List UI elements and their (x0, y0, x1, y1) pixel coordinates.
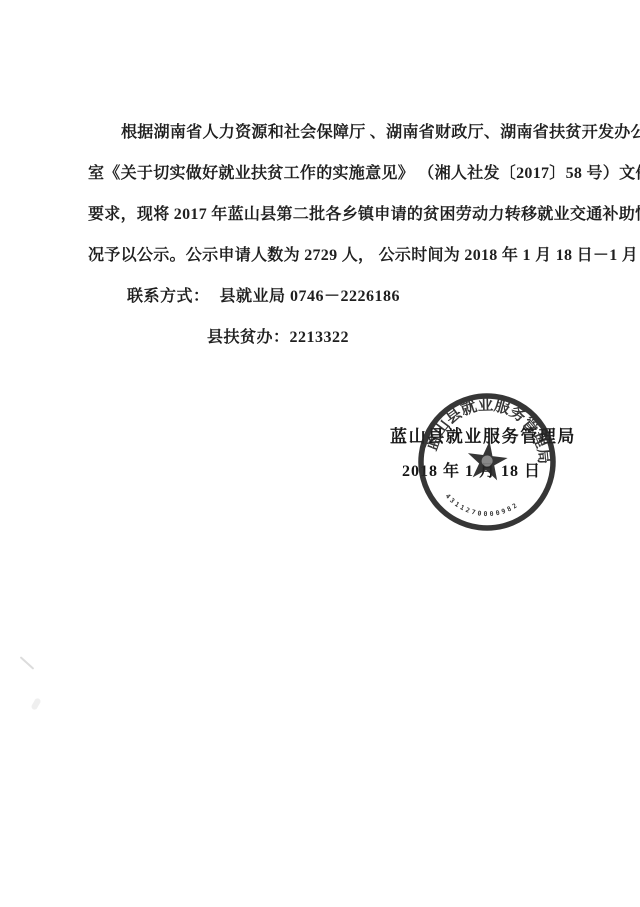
employment-bureau-phone: 县就业局 0746－2226186 (220, 288, 401, 305)
contact-label: 联系方式： (127, 288, 210, 305)
scan-artifact-smudge (30, 697, 41, 710)
paragraph-line-4: 况予以公示。公示申请人数为 2729 人， 公示时间为 2018 年 1 月 1… (88, 235, 552, 276)
scan-artifact-line (20, 656, 35, 670)
paragraph-line-3: 要求，现将 2017 年蓝山县第二批各乡镇申请的贫困劳动力转移就业交通补助情 (88, 194, 552, 235)
notice-body: 根据湖南省人力资源和社会保障厅 、湖南省财政厅、湖南省扶贫开发办公 室《关于切实… (88, 112, 552, 358)
contact-line-poverty-office: 县扶贫办：2213322 (207, 317, 552, 358)
contact-line-employment: 联系方式：县就业局 0746－2226186 (127, 276, 552, 317)
document-page: 根据湖南省人力资源和社会保障厅 、湖南省财政厅、湖南省扶贫开发办公 室《关于切实… (0, 0, 640, 907)
scan-artifact-dot (584, 126, 590, 130)
paragraph-line-1: 根据湖南省人力资源和社会保障厅 、湖南省财政厅、湖南省扶贫开发办公 (88, 112, 552, 153)
paragraph-line-2: 室《关于切实做好就业扶贫工作的实施意见》 （湘人社发〔2017〕58 号）文件 (88, 153, 552, 194)
poverty-office-phone: 县扶贫办：2213322 (207, 329, 349, 346)
official-seal: 蓝山县就业服务管理局 4311270000982 (403, 378, 570, 545)
